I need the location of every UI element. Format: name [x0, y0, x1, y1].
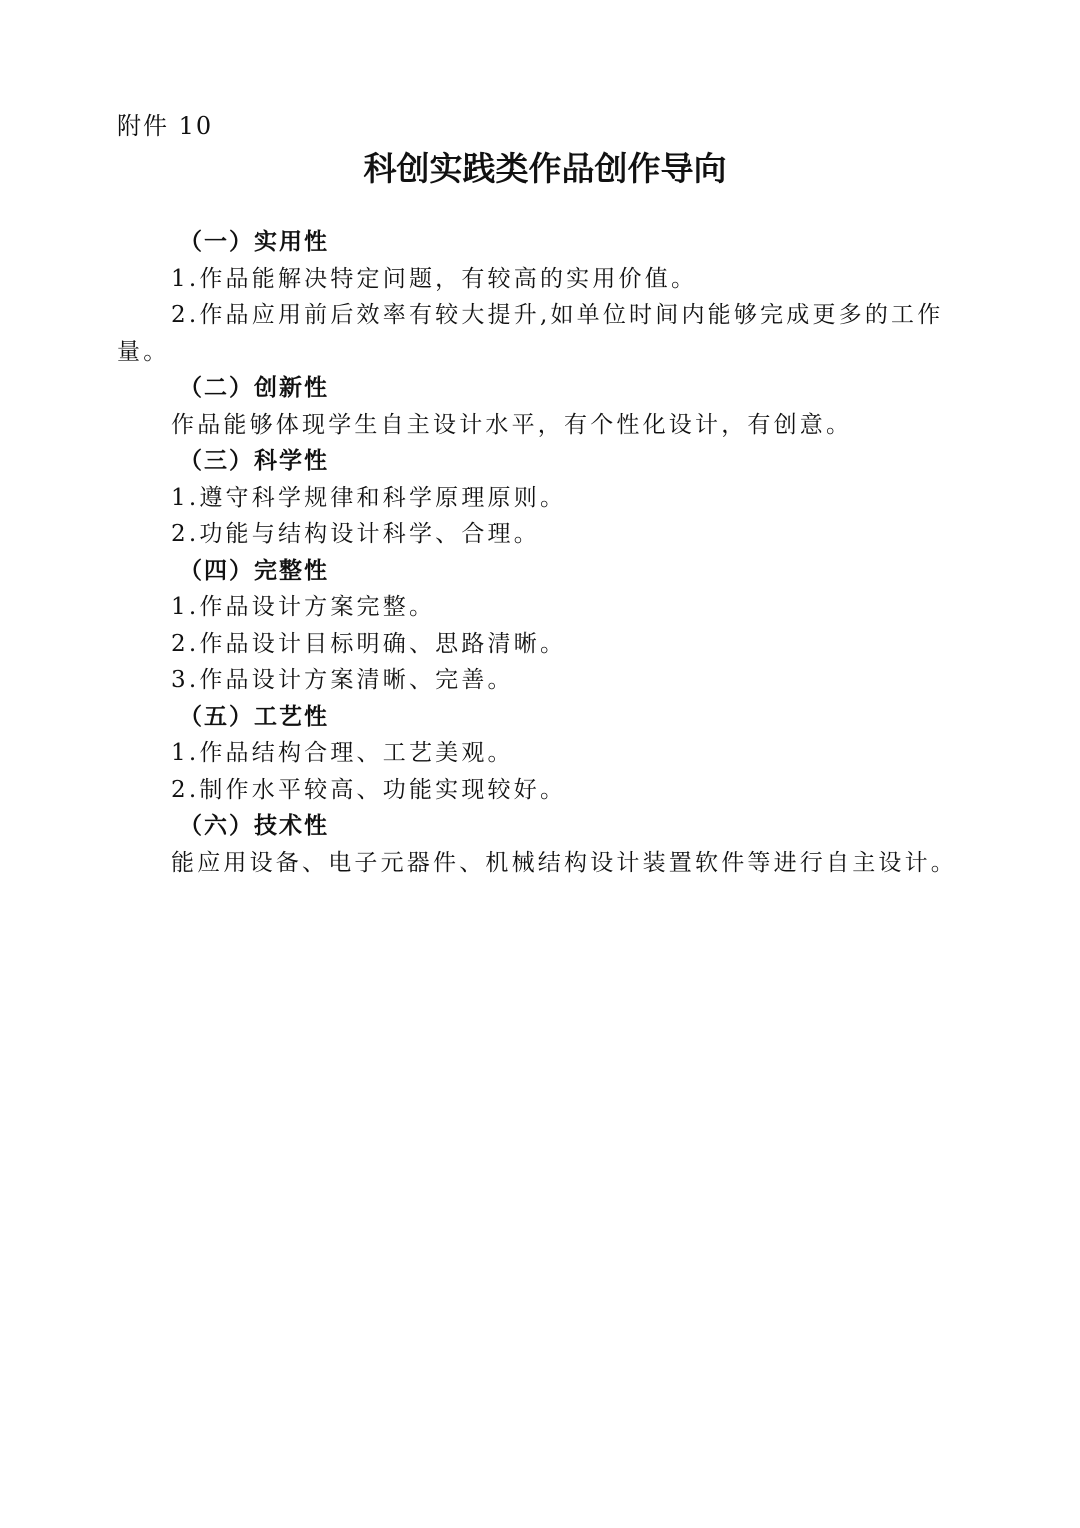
section-heading-practicality: （一）实用性	[117, 224, 977, 261]
section-heading-scientific: （三）科学性	[117, 443, 977, 480]
list-item: 3.作品设计方案清晰、完善。	[117, 662, 977, 699]
document-title: 科创实践类作品创作导向	[0, 143, 1080, 190]
list-item-continuation: 量。	[117, 334, 977, 371]
section-heading-technical: （六）技术性	[117, 808, 977, 845]
section-heading-craftsmanship: （五）工艺性	[117, 699, 977, 736]
attachment-label: 附件 10	[117, 106, 213, 141]
list-item: 2.制作水平较高、功能实现较好。	[117, 772, 977, 809]
section-heading-innovation: （二）创新性	[117, 370, 977, 407]
document-page: 附件 10 科创实践类作品创作导向 （一）实用性 1.作品能解决特定问题，有较高…	[0, 0, 1080, 1528]
list-item: 2.功能与结构设计科学、合理。	[117, 516, 977, 553]
list-item: 2.作品设计目标明确、思路清晰。	[117, 626, 977, 663]
list-item: 作品能够体现学生自主设计水平，有个性化设计，有创意。	[117, 407, 977, 444]
list-item: 2.作品应用前后效率有较大提升,如单位时间内能够完成更多的工作	[117, 297, 977, 334]
list-item: 能应用设备、电子元器件、机械结构设计装置软件等进行自主设计。	[117, 845, 977, 882]
list-item: 1.作品能解决特定问题，有较高的实用价值。	[117, 261, 977, 298]
list-item: 1.作品设计方案完整。	[117, 589, 977, 626]
list-item: 1.作品结构合理、工艺美观。	[117, 735, 977, 772]
list-item: 1.遵守科学规律和科学原理原则。	[117, 480, 977, 517]
section-heading-completeness: （四）完整性	[117, 553, 977, 590]
document-body: （一）实用性 1.作品能解决特定问题，有较高的实用价值。 2.作品应用前后效率有…	[117, 224, 977, 881]
